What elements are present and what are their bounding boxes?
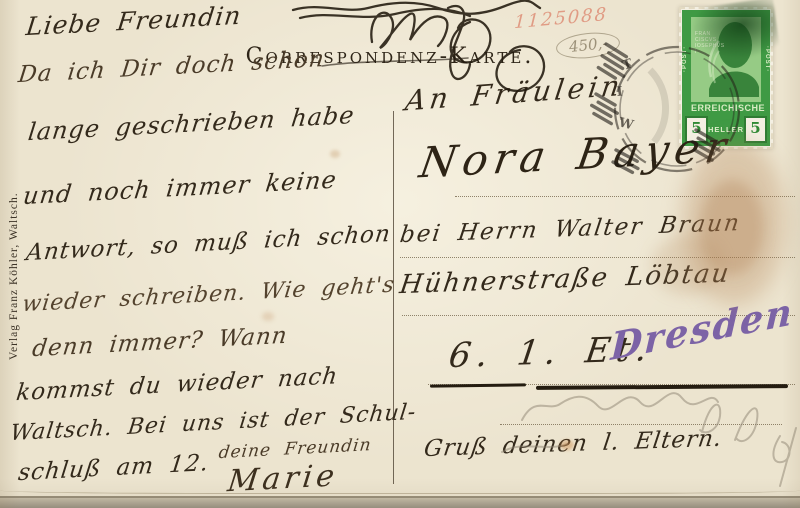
message-line: kommst du wieder nach bbox=[15, 363, 340, 406]
message-line: Da ich Dir doch schon bbox=[17, 46, 326, 88]
address-name: Nora Bayer bbox=[416, 122, 735, 188]
message-line: Antwort, so muß ich schon bbox=[25, 221, 393, 266]
catalog-number: 1125088 bbox=[514, 4, 609, 33]
message-line: lange geschrieben habe bbox=[27, 101, 357, 146]
message-line: und noch immer keine bbox=[22, 166, 339, 211]
address-rule-line bbox=[455, 196, 795, 197]
message-line: denn immer? Wann bbox=[31, 323, 289, 363]
stain bbox=[262, 312, 274, 321]
message-closing: deine Freundin bbox=[218, 435, 373, 463]
address-rule-line bbox=[400, 257, 795, 258]
postcard-photo: Correspondenz-Karte. Verlag Franz Köhler… bbox=[0, 0, 800, 508]
price-annotation: 450,- bbox=[555, 30, 622, 62]
publisher-imprint: Verlag Franz Köhler, Waltsch. bbox=[8, 145, 20, 360]
card-edge-shadow bbox=[0, 496, 800, 498]
card-bottom-curl bbox=[0, 487, 800, 494]
message-line: wieder schreiben. Wie geht's bbox=[21, 272, 396, 317]
message-line: schluß am 12. bbox=[17, 450, 211, 486]
signature: Marie bbox=[226, 458, 340, 499]
stamp-value-right: 5 bbox=[744, 116, 767, 143]
hand-underline bbox=[430, 383, 526, 387]
hand-underline bbox=[536, 384, 788, 389]
address-salutation: An Fräulein bbox=[403, 69, 625, 118]
address-rule-line bbox=[500, 424, 782, 425]
stamp-band-bottom: ERREICHISCHE bbox=[691, 101, 761, 116]
message-line: Liebe Freundin bbox=[24, 1, 243, 42]
stain bbox=[330, 150, 340, 158]
address-care-of: bei Herrn Walter Braun bbox=[398, 210, 742, 248]
address-street: Hühnerstraße Löbtau bbox=[398, 258, 733, 300]
stamp-band-left: ·POST· bbox=[682, 20, 691, 98]
address-city: Dresden bbox=[610, 288, 795, 369]
greeting-line: Gruß deinen l. Eltern. bbox=[422, 426, 724, 463]
